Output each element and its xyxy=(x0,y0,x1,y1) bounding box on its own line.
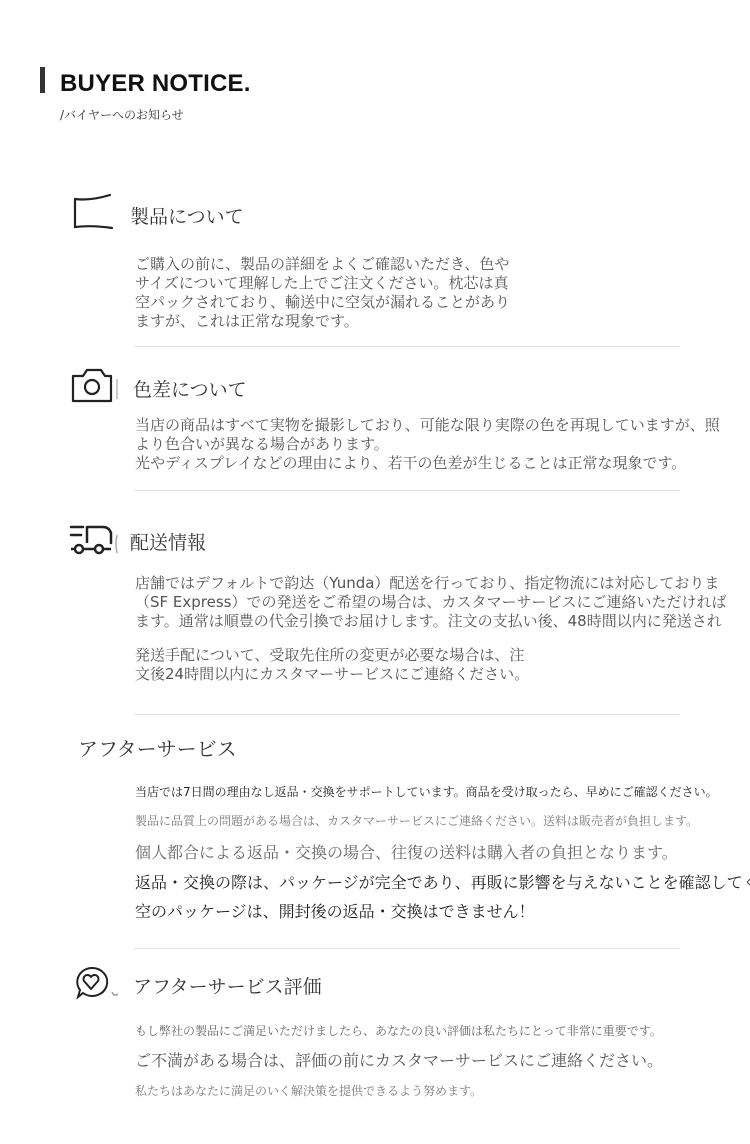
heart-chat-icon xyxy=(74,966,122,1000)
section-body-shipping-note: 発送手配について、受取先住所の変更が必要な場合は、注 文後24時間以内にカスタマ… xyxy=(135,646,529,684)
section-body-shipping: 店舗ではデフォルトで韵达（Yunda）配送を行っており、指定物流には対応しており… xyxy=(135,574,727,631)
divider xyxy=(134,948,680,949)
divider xyxy=(134,346,680,347)
text-line: ますが、これは正常な現象です。 xyxy=(135,312,510,331)
text-line: 空パックされており、輸送中に空気が漏れることがあり xyxy=(135,293,510,312)
text-line: ます。通常は順豊の代金引換でお届けします。注文の支払い後、48時間以内に発送され xyxy=(135,612,727,631)
section-body-color: 当店の商品はすべて実物を撮影しており、可能な限り実際の色を再現していますが、照 … xyxy=(135,416,720,473)
delivery-truck-icon xyxy=(69,521,121,557)
after-sales-line-5: 空のパッケージは、開封後の返品・交換はできません！ xyxy=(135,902,535,921)
text-line: 店舗ではデフォルトで韵达（Yunda）配送を行っており、指定物流には対応しており… xyxy=(135,574,727,593)
section-heading-shipping: 配送情報 xyxy=(130,528,206,555)
text-line: （SF Express）での発送をご希望の場合は、カスタマーサービスにご連絡いた… xyxy=(135,593,727,612)
after-sales-line-2: 製品に品質上の問題がある場合は、カスタマーサービスにご連絡ください。送料は販売者… xyxy=(135,812,698,831)
text-line: ご購入の前に、製品の詳細をよくご確認いただき、色や xyxy=(135,255,510,274)
after-sales-line-1: 当店では7日間の理由なし返品・交換をサポートしています。商品を受け取ったら、早め… xyxy=(135,783,718,802)
text-line: 光やディスプレイなどの理由により、若干の色差が生じることは正常な現象です。 xyxy=(135,454,720,473)
after-sales-line-4: 返品・交換の際は、パッケージが完全であり、再販に影響を与えないことを確認してく xyxy=(135,873,750,892)
divider xyxy=(134,714,680,715)
title-accent-bar xyxy=(40,67,45,93)
page-title: BUYER NOTICE. xyxy=(60,70,251,98)
evaluation-line-3: 私たちはあなたに満足のいく解決策を提供できるよう努めます。 xyxy=(135,1082,482,1101)
text-line: 文後24時間以内にカスタマーサービスにご連絡ください。 xyxy=(135,665,529,684)
divider xyxy=(134,490,680,491)
section-heading-product: 製品について xyxy=(130,202,244,229)
text-line: 発送手配について、受取先住所の変更が必要な場合は、注 xyxy=(135,646,529,665)
section-heading-after-sales: アフターサービス xyxy=(78,733,237,762)
evaluation-line-2: ご不満がある場合は、評価の前にカスタマーサービスにご連絡ください。 xyxy=(135,1051,663,1070)
after-sales-line-3: 個人都合による返品・交換の場合、往復の送料は購入者の負担となります。 xyxy=(135,843,678,862)
evaluation-line-1: もし弊社の製品にご満足いただけましたら、あなたの良い評価は私たちにとって非常に重… xyxy=(135,1022,662,1041)
text-line: サイズについて理解した上でご注文ください。枕芯は真 xyxy=(135,274,510,293)
camera-icon xyxy=(71,367,123,403)
section-heading-color: 色差について xyxy=(133,375,247,402)
section-heading-evaluation: アフターサービス評価 xyxy=(133,972,322,999)
text-line: より色合いが異なる場合があります。 xyxy=(135,435,720,454)
section-body-product: ご購入の前に、製品の詳細をよくご確認いただき、色や サイズについて理解した上でご… xyxy=(135,255,510,331)
text-line: 当店の商品はすべて実物を撮影しており、可能な限り実際の色を再現していますが、照 xyxy=(135,416,720,435)
pillow-icon xyxy=(72,193,116,231)
page-subtitle: /バイヤーへのお知らせ xyxy=(60,106,184,123)
